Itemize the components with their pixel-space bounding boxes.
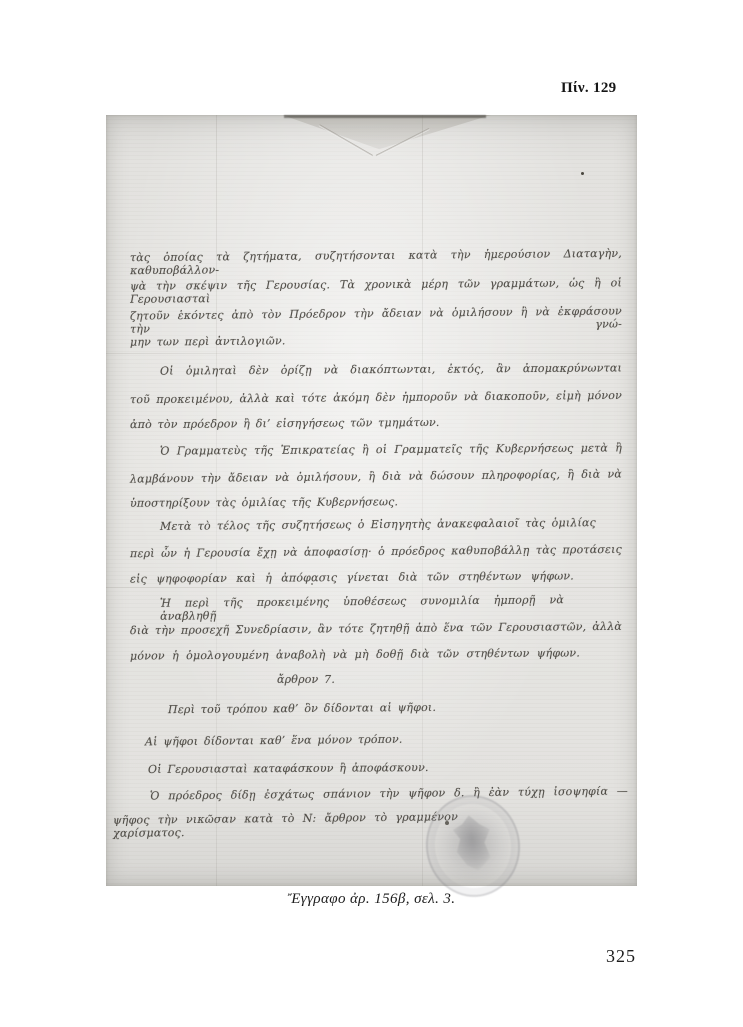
plate-label: Πίν. 129	[561, 80, 616, 97]
handwriting-line: εἰς ψηφοφορίαν καὶ ἡ ἀπόφασις γίνεται δι…	[130, 569, 574, 585]
handwriting-line: Οἱ Γερουσιασταὶ καταφάσκουν ἢ ἀποφάσκουν…	[148, 761, 429, 776]
handwriting-line: ἀπὸ τὸν πρόεδρον ἢ δι’ εἰσηγήσεως τῶν τμ…	[130, 416, 440, 431]
handwriting-line: ὑποστηρίξουν τὰς ὁμιλίας τῆς Κυβερνήσεως…	[130, 495, 398, 509]
handwriting-line: Περὶ τοῦ τρόπου καθ’ ὃν δίδονται αἱ ψῆφο…	[168, 701, 436, 716]
handwriting-line: Μετὰ τὸ τέλος τῆς συζητήσεως ὁ Εἰσηγητὴς…	[160, 516, 596, 533]
book-page: Πίν. 129 τὰς ὁποίας τὰ ζητήματα, συζητήσ…	[0, 0, 743, 1027]
eagle-emblem	[448, 812, 497, 873]
horizontal-crease	[106, 587, 637, 588]
handwriting-line: διὰ τὴν προσεχῆ Συνεδρίασιν, ἂν τότε ζητ…	[130, 620, 622, 637]
fold-triangle-shadow	[276, 115, 491, 151]
handwriting-line: ψῆφος τὴν νικῶσαν κατὰ τὸ Ν: ἄρθρον τὸ γ…	[113, 810, 458, 840]
ink-speck	[445, 821, 449, 825]
ink-stamp-seal	[419, 789, 526, 903]
handwriting-line: Αἱ ψῆφοι δίδονται καθ’ ἕνα μόνον τρόπον.	[145, 733, 403, 749]
handwriting-line: λαμβάνουν τὴν ἄδειαν νὰ ὁμιλήσουν, ἢ διὰ…	[130, 467, 622, 485]
ink-speck	[581, 172, 584, 175]
handwriting-line: περὶ ὧν ἡ Γερουσία ἔχῃ νὰ ἀποφασίσῃ· ὁ π…	[130, 543, 622, 560]
page-number: 325	[606, 946, 636, 967]
article-heading: ἄρθρον 7.	[246, 673, 366, 686]
handwriting-line: Ὁ πρόεδρος δίδῃ ἐσχάτως σπάνιον τὴν ψῆφο…	[150, 784, 628, 802]
handwriting-line: ψὰ τὴν σκέψιν τῆς Γερουσίας. Τὰ χρονικὰ …	[130, 276, 622, 305]
handwriting-line: τοῦ προκειμένου, ἀλλὰ καὶ τότε ἀκόμη δὲν…	[130, 389, 622, 406]
handwriting-line: Οἱ ὁμιληταὶ δὲν ὁρίζῃ νὰ διακόπτωνται, ἐ…	[160, 361, 622, 377]
handwriting-line: μην των περὶ ἀντιλογιῶν.	[130, 334, 286, 348]
handwriting-line: τὰς ὁποίας τὰ ζητήματα, συζητήσονται κατ…	[130, 247, 622, 277]
figure-caption: Ἔγγραφο ἀρ. 156β, σελ. 3.	[106, 891, 637, 908]
handwriting-line: μόνον ἡ ὁμολογουμένη ἀναβολὴ νὰ μὴ δοθῇ …	[130, 646, 580, 662]
handwriting-line: ζητοῦν ἑκόντες ἀπὸ τὸν Πρόεδρον τὴν ἄδει…	[130, 304, 622, 335]
handwriting-line: Ἡ περὶ τῆς προκειμένης ὑποθέσεως συνομιλ…	[160, 593, 564, 623]
ink-speck	[311, 583, 313, 585]
fold-top-shadow	[284, 115, 486, 118]
handwriting-line: Ὁ Γραμματεὺς τῆς Ἐπικρατείας ἢ οἱ Γραμμα…	[160, 441, 622, 457]
document-scan: τὰς ὁποίας τὰ ζητήματα, συζητήσονται κατ…	[106, 115, 637, 886]
horizontal-crease	[106, 353, 637, 354]
